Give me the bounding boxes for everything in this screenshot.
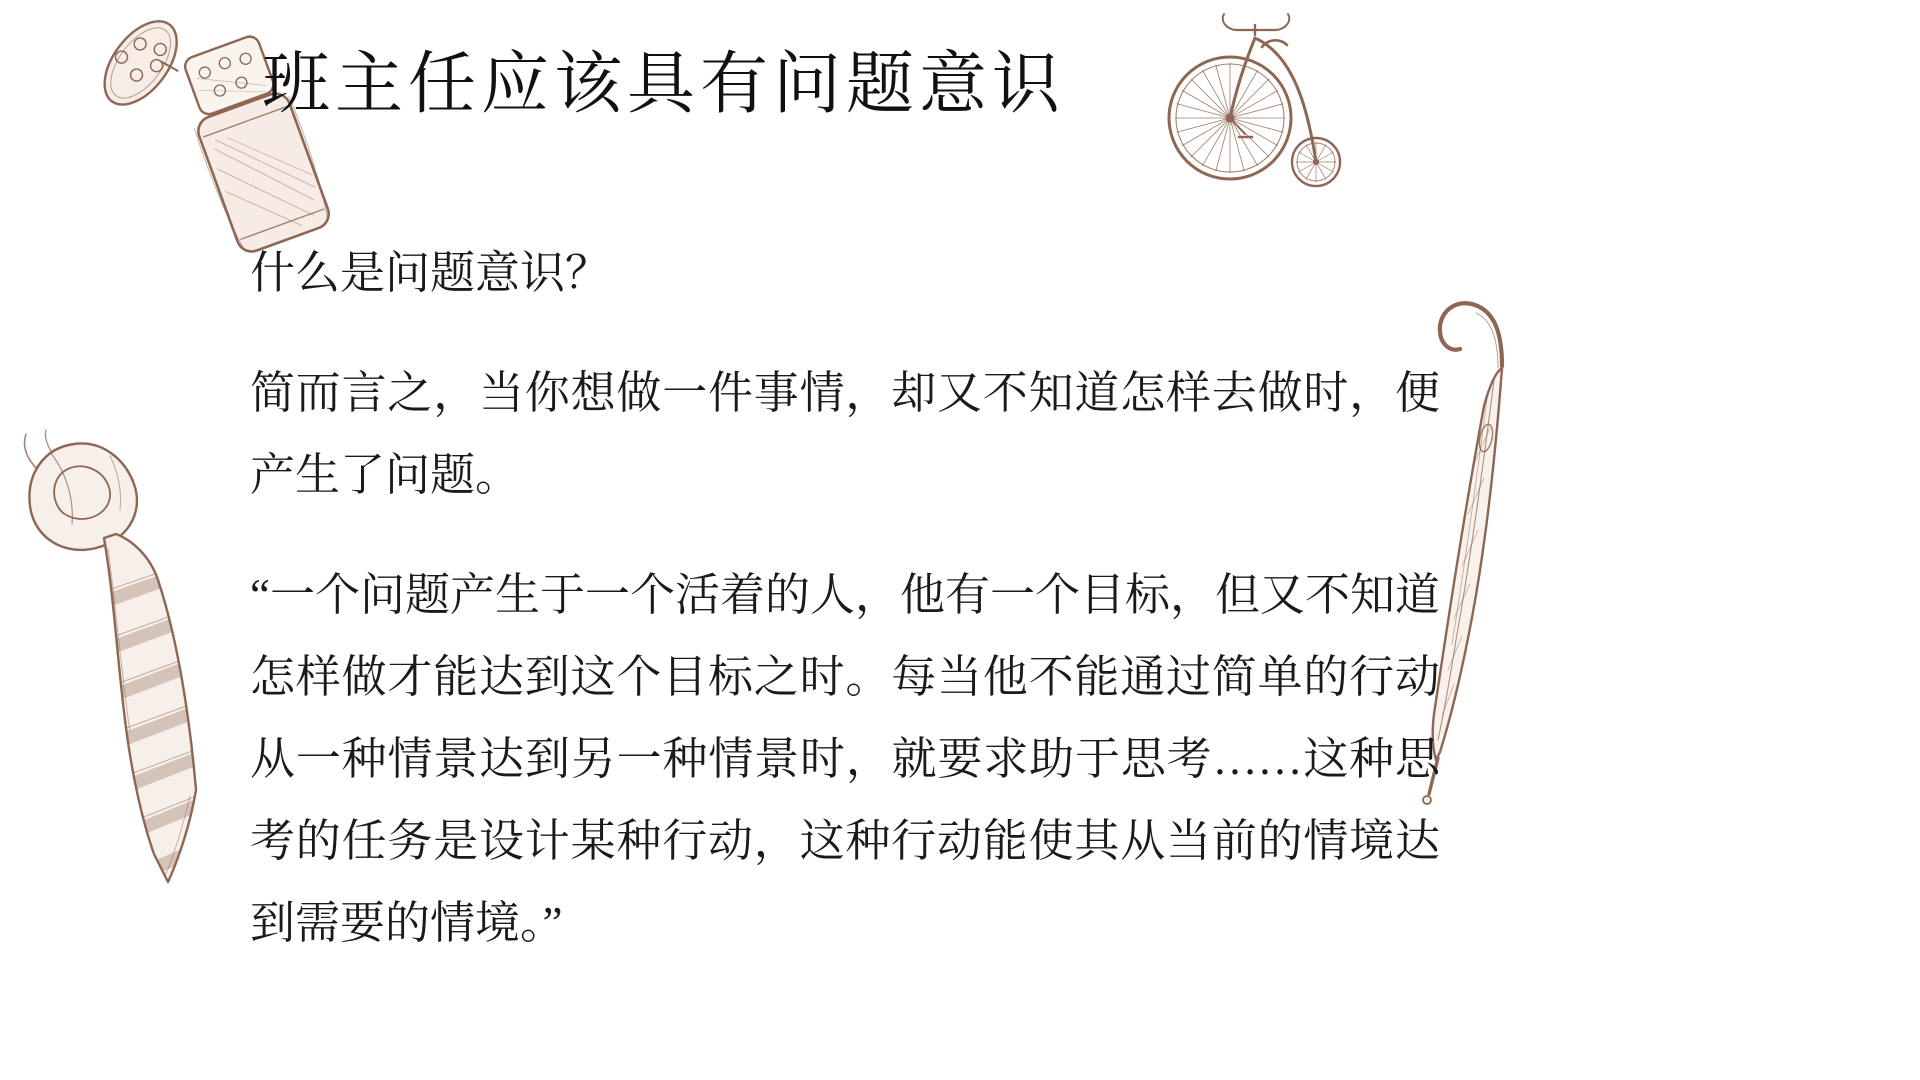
slide: 班主任应该具有问题意识 什么是问题意识？ 简而言之，当你想做一件事情，却又不知道…: [0, 0, 1920, 1080]
paragraph-question: 什么是问题意识？: [250, 232, 1440, 314]
slide-title: 班主任应该具有问题意识: [262, 30, 1065, 127]
slide-body: 什么是问题意识？ 简而言之，当你想做一件事情，却又不知道怎样去做时，便产生了问题…: [250, 232, 1440, 964]
penny-farthing-bicycle-icon: [1158, 5, 1348, 195]
paragraph-definition: 简而言之，当你想做一件事情，却又不知道怎样去做时，便产生了问题。: [250, 352, 1440, 516]
paragraph-quote: “一个问题产生于一个活着的人，他有一个目标，但又不知道怎样做才能达到这个目标之时…: [250, 554, 1440, 964]
necktie-sketch-icon: [12, 428, 224, 896]
